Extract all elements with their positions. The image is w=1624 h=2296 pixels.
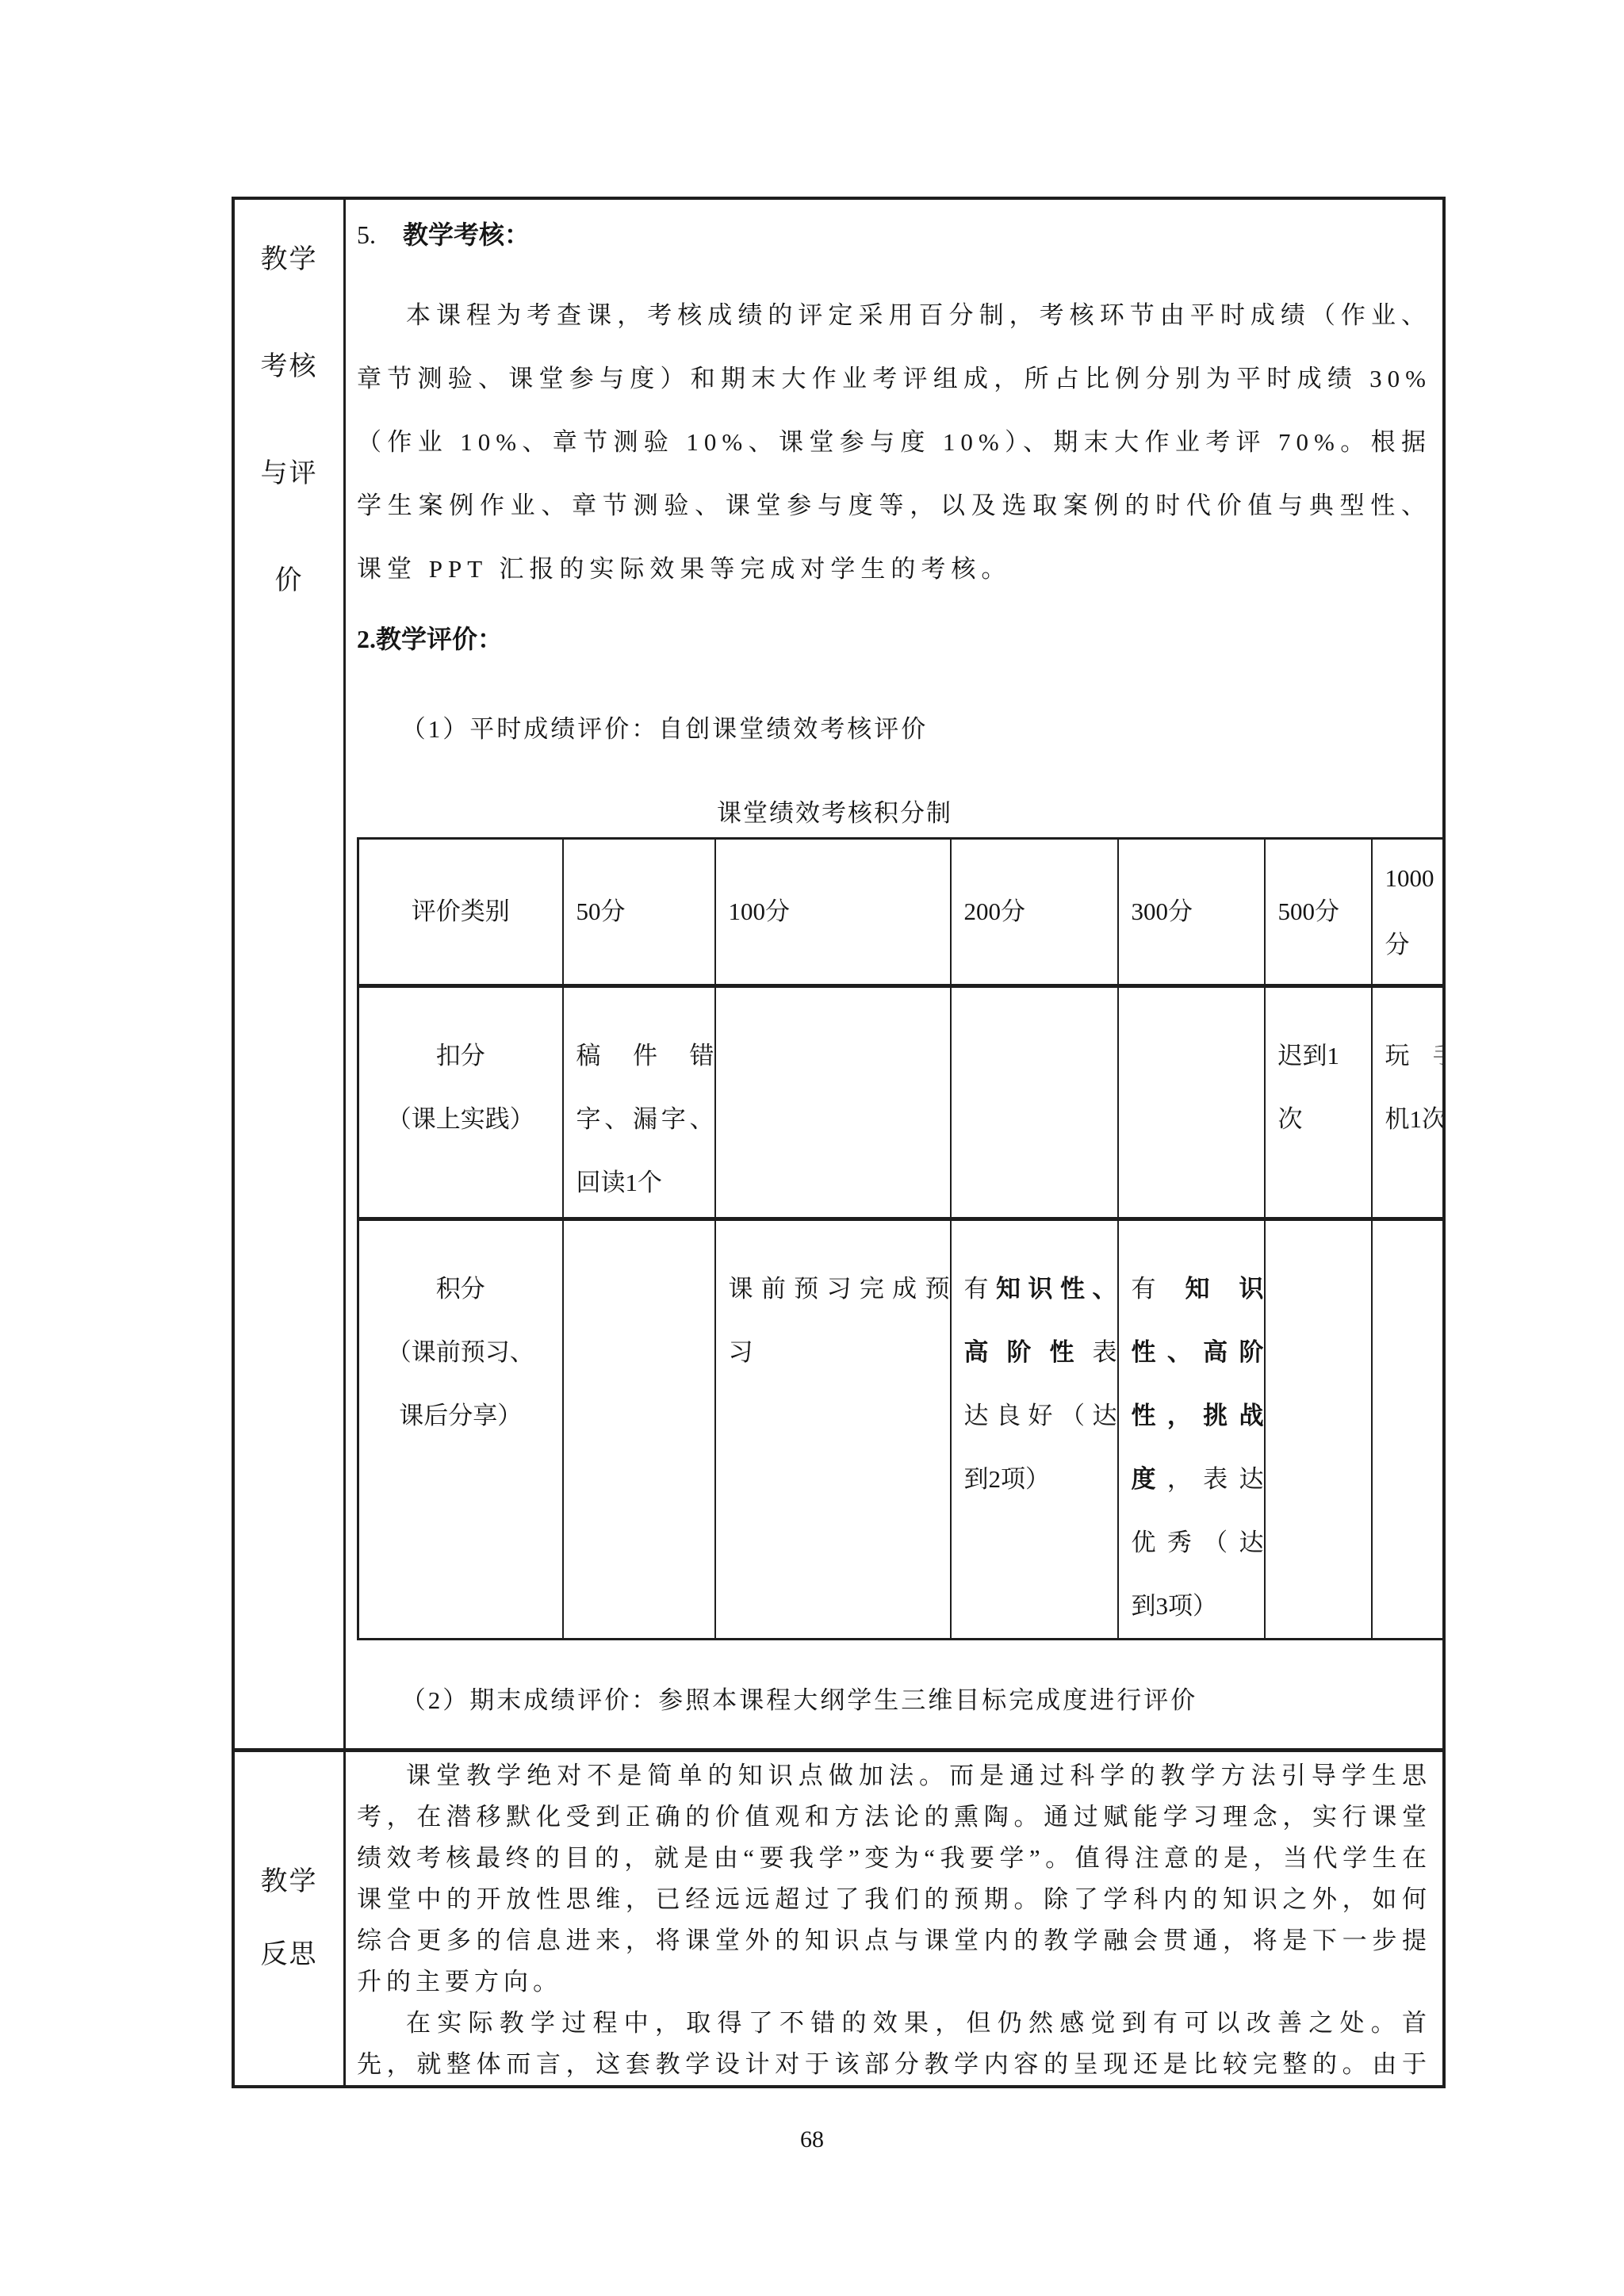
label-line: 反思 — [261, 1919, 318, 1992]
cell-line: （课上实践） — [359, 1088, 562, 1151]
cell-line: 到3项） — [1132, 1575, 1264, 1638]
cell-line: 回读1个 — [576, 1151, 714, 1215]
label-line: 教学 — [261, 1846, 318, 1919]
cell-line: 优秀（达 — [1132, 1511, 1264, 1575]
points-table-clip: 评价类别 50分 100分 200分 300分 500分 1000分 — [357, 837, 1442, 1640]
reflection-row: 教学 反思 课堂教学绝对不是简单的知识点做加法。而是通过科学的教学方法引导学生思… — [235, 1752, 1442, 2085]
label-line: 考核 — [261, 313, 318, 420]
evaluation-heading: 2.教学评价： — [357, 622, 1431, 656]
cell-line: 高阶性表 — [964, 1321, 1117, 1384]
assessment-content: 5.教学考核： 本课程为考查课，考核成绩的评定采用百分制，考核环节由平时成绩（作… — [346, 200, 1442, 1748]
header-1000: 1000分 — [1372, 839, 1443, 986]
cell-line: 机1次 — [1385, 1088, 1443, 1151]
label-line: 教学 — [261, 206, 318, 313]
deduction-200-cell — [951, 986, 1118, 1219]
document-page: 教学 考核 与评 价 5.教学考核： 本课程为考查课，考核成绩的评定采用百分制，… — [0, 0, 1624, 2296]
cell-line: 性、高阶 — [1132, 1321, 1264, 1384]
deduction-row: 扣分 （课上实践） 稿件错 字、漏字、 回读1个 — [358, 986, 1443, 1219]
item-normal-evaluation: （1）平时成绩评价：自创课堂绩效考核评价 — [357, 714, 1431, 745]
cell-line: 积分 — [359, 1257, 562, 1321]
deduction-1000-cell: 玩手 机1次 — [1372, 986, 1443, 1219]
header-50: 50分 — [563, 839, 715, 986]
reflection-row-label: 教学 反思 — [235, 1752, 346, 2085]
header-300: 300分 — [1118, 839, 1265, 986]
label-line: 与评 — [261, 420, 318, 527]
points-100-cell: 课前预习完成预 习 — [715, 1219, 951, 1640]
deduction-category-cell: 扣分 （课上实践） — [358, 986, 563, 1219]
cell-line: 到2项） — [964, 1448, 1117, 1511]
reflection-paragraph-1: 课堂教学绝对不是简单的知识点做加法。而是通过科学的教学方法引导学生思考，在潜移默… — [357, 1755, 1431, 2003]
header-200: 200分 — [951, 839, 1118, 986]
outer-table: 教学 考核 与评 价 5.教学考核： 本课程为考查课，考核成绩的评定采用百分制，… — [232, 197, 1446, 2088]
points-table-header-row: 评价类别 50分 100分 200分 300分 500分 1000分 — [358, 839, 1443, 986]
cell-line: 度，表达 — [1132, 1448, 1264, 1511]
points-table: 评价类别 50分 100分 200分 300分 500分 1000分 — [357, 837, 1442, 1640]
cell-line: 有知识 — [1132, 1257, 1264, 1321]
cell-line: （课前预习、 — [359, 1321, 562, 1384]
cell-line: 有知识性、 — [964, 1257, 1117, 1321]
cell-line: 字、漏字、 — [576, 1088, 714, 1151]
points-200-cell: 有知识性、 高阶性表 达良好（达 到2项） — [951, 1219, 1118, 1640]
cell-line: 课前预习完成预 — [729, 1257, 950, 1321]
cell-line: 课后分享） — [359, 1384, 562, 1448]
cell-line: 性，挑战 — [1132, 1384, 1264, 1448]
assessment-paragraph: 本课程为考查课，考核成绩的评定采用百分制，考核环节由平时成绩（作业、章节测验、课… — [357, 284, 1431, 601]
points-table-caption: 课堂绩效考核积分制 — [346, 798, 1372, 829]
points-300-cell: 有知识 性、高阶 性，挑战 度，表达 优秀（达 到3项） — [1118, 1219, 1265, 1640]
deduction-100-cell — [715, 986, 951, 1219]
points-row: 积分 （课前预习、 课后分享） 课前预习完成预 习 — [358, 1219, 1443, 1640]
assessment-row-label: 教学 考核 与评 价 — [235, 200, 346, 1748]
points-1000-cell — [1372, 1219, 1443, 1640]
deduction-500-cell: 迟到1 次 — [1265, 986, 1372, 1219]
cell-line: 稿件错 — [576, 1024, 714, 1088]
section-heading-title: 教学考核： — [403, 220, 530, 249]
reflection-content: 课堂教学绝对不是简单的知识点做加法。而是通过科学的教学方法引导学生思考，在潜移默… — [346, 1752, 1442, 2085]
points-500-cell — [1265, 1219, 1372, 1640]
cell-line: 次 — [1278, 1088, 1371, 1151]
header-category: 评价类别 — [358, 839, 563, 986]
cell-line: 迟到1 — [1278, 1024, 1371, 1088]
points-50-cell — [563, 1219, 715, 1640]
reflection-paragraph-2: 在实际教学过程中，取得了不错的效果，但仍然感觉到有可以改善之处。首先，就整体而言… — [357, 2003, 1431, 2085]
deduction-50-cell: 稿件错 字、漏字、 回读1个 — [563, 986, 715, 1219]
section-heading-number: 5. — [357, 220, 376, 249]
cell-line: 达良好（达 — [964, 1384, 1117, 1448]
cell-line: 玩手 — [1385, 1024, 1443, 1088]
page-number: 68 — [0, 2126, 1624, 2153]
points-category-cell: 积分 （课前预习、 课后分享） — [358, 1219, 563, 1640]
item-final-evaluation: （2）期末成绩评价：参照本课程大纲学生三维目标完成度进行评价 — [357, 1685, 1431, 1716]
header-100: 100分 — [715, 839, 951, 986]
section-heading: 5.教学考核： — [357, 217, 1431, 252]
label-line: 价 — [275, 527, 304, 634]
cell-line: 扣分 — [359, 1024, 562, 1088]
deduction-300-cell — [1118, 986, 1265, 1219]
assessment-row: 教学 考核 与评 价 5.教学考核： 本课程为考查课，考核成绩的评定采用百分制，… — [235, 200, 1442, 1752]
cell-line: 习 — [729, 1321, 950, 1384]
header-500: 500分 — [1265, 839, 1372, 986]
